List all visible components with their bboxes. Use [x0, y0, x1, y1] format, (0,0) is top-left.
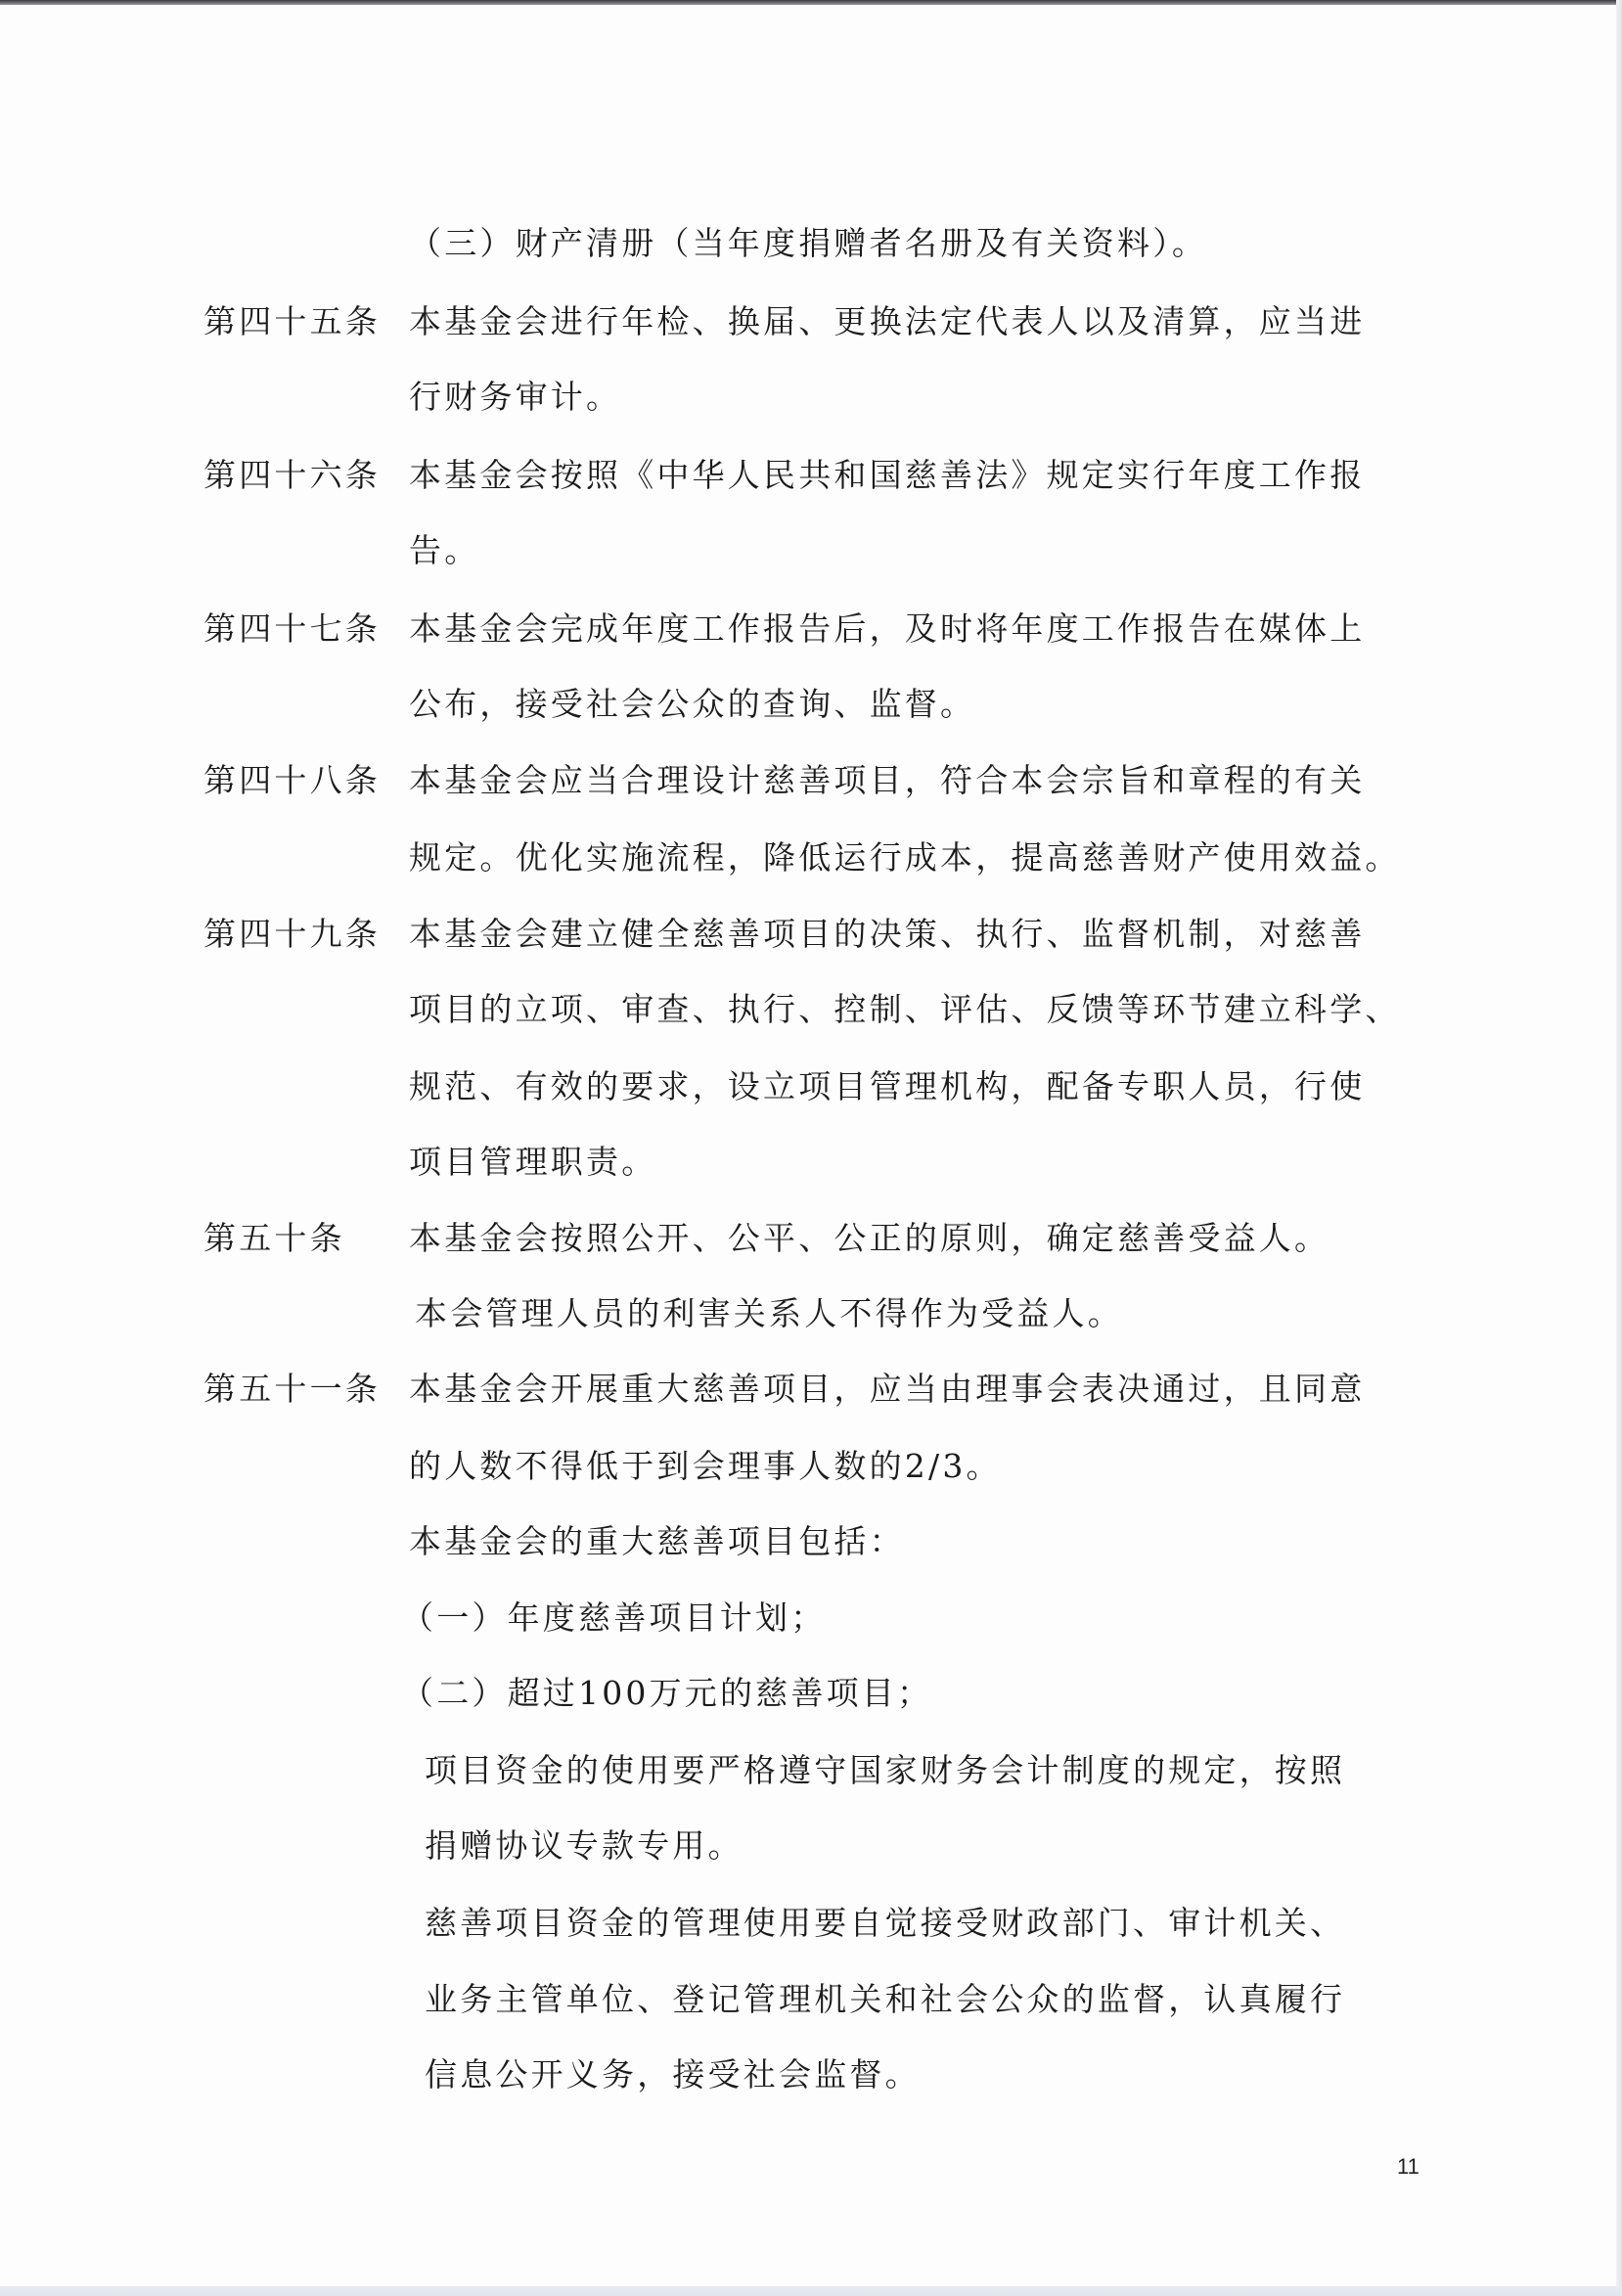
article-51-line-1: 本基金会开展重大慈善项目，应当由理事会表决通过，且同意	[409, 1370, 1365, 1409]
paragraph-funds-line-2: 捐赠协议专款专用。	[425, 1826, 743, 1866]
article-50-line-1: 本基金会按照公开、公平、公正的原则，确定慈善受益人。	[409, 1219, 1329, 1258]
article-label-47: 第四十七条	[203, 609, 381, 649]
article-45-line-1: 本基金会进行年检、换届、更换法定代表人以及清算，应当进	[409, 302, 1365, 341]
article-49-line-4: 项目管理职责。	[409, 1143, 656, 1182]
paragraph-funds-line-1: 项目资金的使用要严格遵守国家财务会计制度的规定，按照	[425, 1751, 1345, 1790]
article-label-49: 第四十九条	[203, 915, 381, 954]
article-label-50: 第五十条	[203, 1219, 345, 1258]
article-47-line-2: 公布，接受社会公众的查询、监督。	[409, 685, 975, 724]
paragraph-supervision-line-2: 业务主管单位、登记管理机关和社会公众的监督，认真履行	[425, 1980, 1345, 2019]
paragraph-supervision-line-1: 慈善项目资金的管理使用要自觉接受财政部门、审计机关、	[425, 1904, 1345, 1943]
article-51-line-2: 的人数不得低于到会理事人数的2/3。	[409, 1447, 1002, 1486]
scan-edge-bottom	[0, 2286, 1622, 2296]
article-45-line-2: 行财务审计。	[409, 378, 621, 417]
article-47-line-1: 本基金会完成年度工作报告后，及时将年度工作报告在媒体上	[409, 609, 1365, 649]
article-51-line-4: （一）年度慈善项目计划；	[401, 1598, 826, 1638]
article-label-48: 第四十八条	[203, 761, 381, 800]
page-number: 11	[1397, 2154, 1419, 2180]
article-46-line-1: 本基金会按照《中华人民共和国慈善法》规定实行年度工作报	[409, 456, 1365, 495]
article-label-45: 第四十五条	[203, 302, 381, 341]
scan-edge-top	[0, 0, 1622, 5]
document-page: （三）财产清册（当年度捐赠者名册及有关资料）。 第四十五条 本基金会进行年检、换…	[0, 0, 1622, 2296]
article-46-line-2: 告。	[409, 531, 479, 570]
list-item-three: （三）财产清册（当年度捐赠者名册及有关资料）。	[409, 224, 1207, 263]
article-49-line-1: 本基金会建立健全慈善项目的决策、执行、监督机制，对慈善	[409, 915, 1365, 954]
article-49-line-3: 规范、有效的要求，设立项目管理机构，配备专职人员，行使	[409, 1067, 1365, 1106]
article-51-line-3: 本基金会的重大慈善项目包括：	[409, 1522, 905, 1561]
article-48-line-1: 本基金会应当合理设计慈善项目，符合本会宗旨和章程的有关	[409, 761, 1365, 800]
article-49-line-2: 项目的立项、审查、执行、控制、评估、反馈等环节建立科学、	[409, 990, 1401, 1029]
article-50-line-2: 本会管理人员的利害关系人不得作为受益人。	[415, 1294, 1123, 1333]
article-label-51: 第五十一条	[203, 1370, 381, 1409]
article-48-line-2: 规定。优化实施流程，降低运行成本，提高慈善财产使用效益。	[409, 838, 1401, 878]
scan-edge-right	[1616, 0, 1622, 2296]
article-label-46: 第四十六条	[203, 456, 381, 495]
article-51-line-5: （二）超过100万元的慈善项目；	[401, 1674, 932, 1713]
paragraph-supervision-line-3: 信息公开义务，接受社会监督。	[425, 2055, 921, 2094]
